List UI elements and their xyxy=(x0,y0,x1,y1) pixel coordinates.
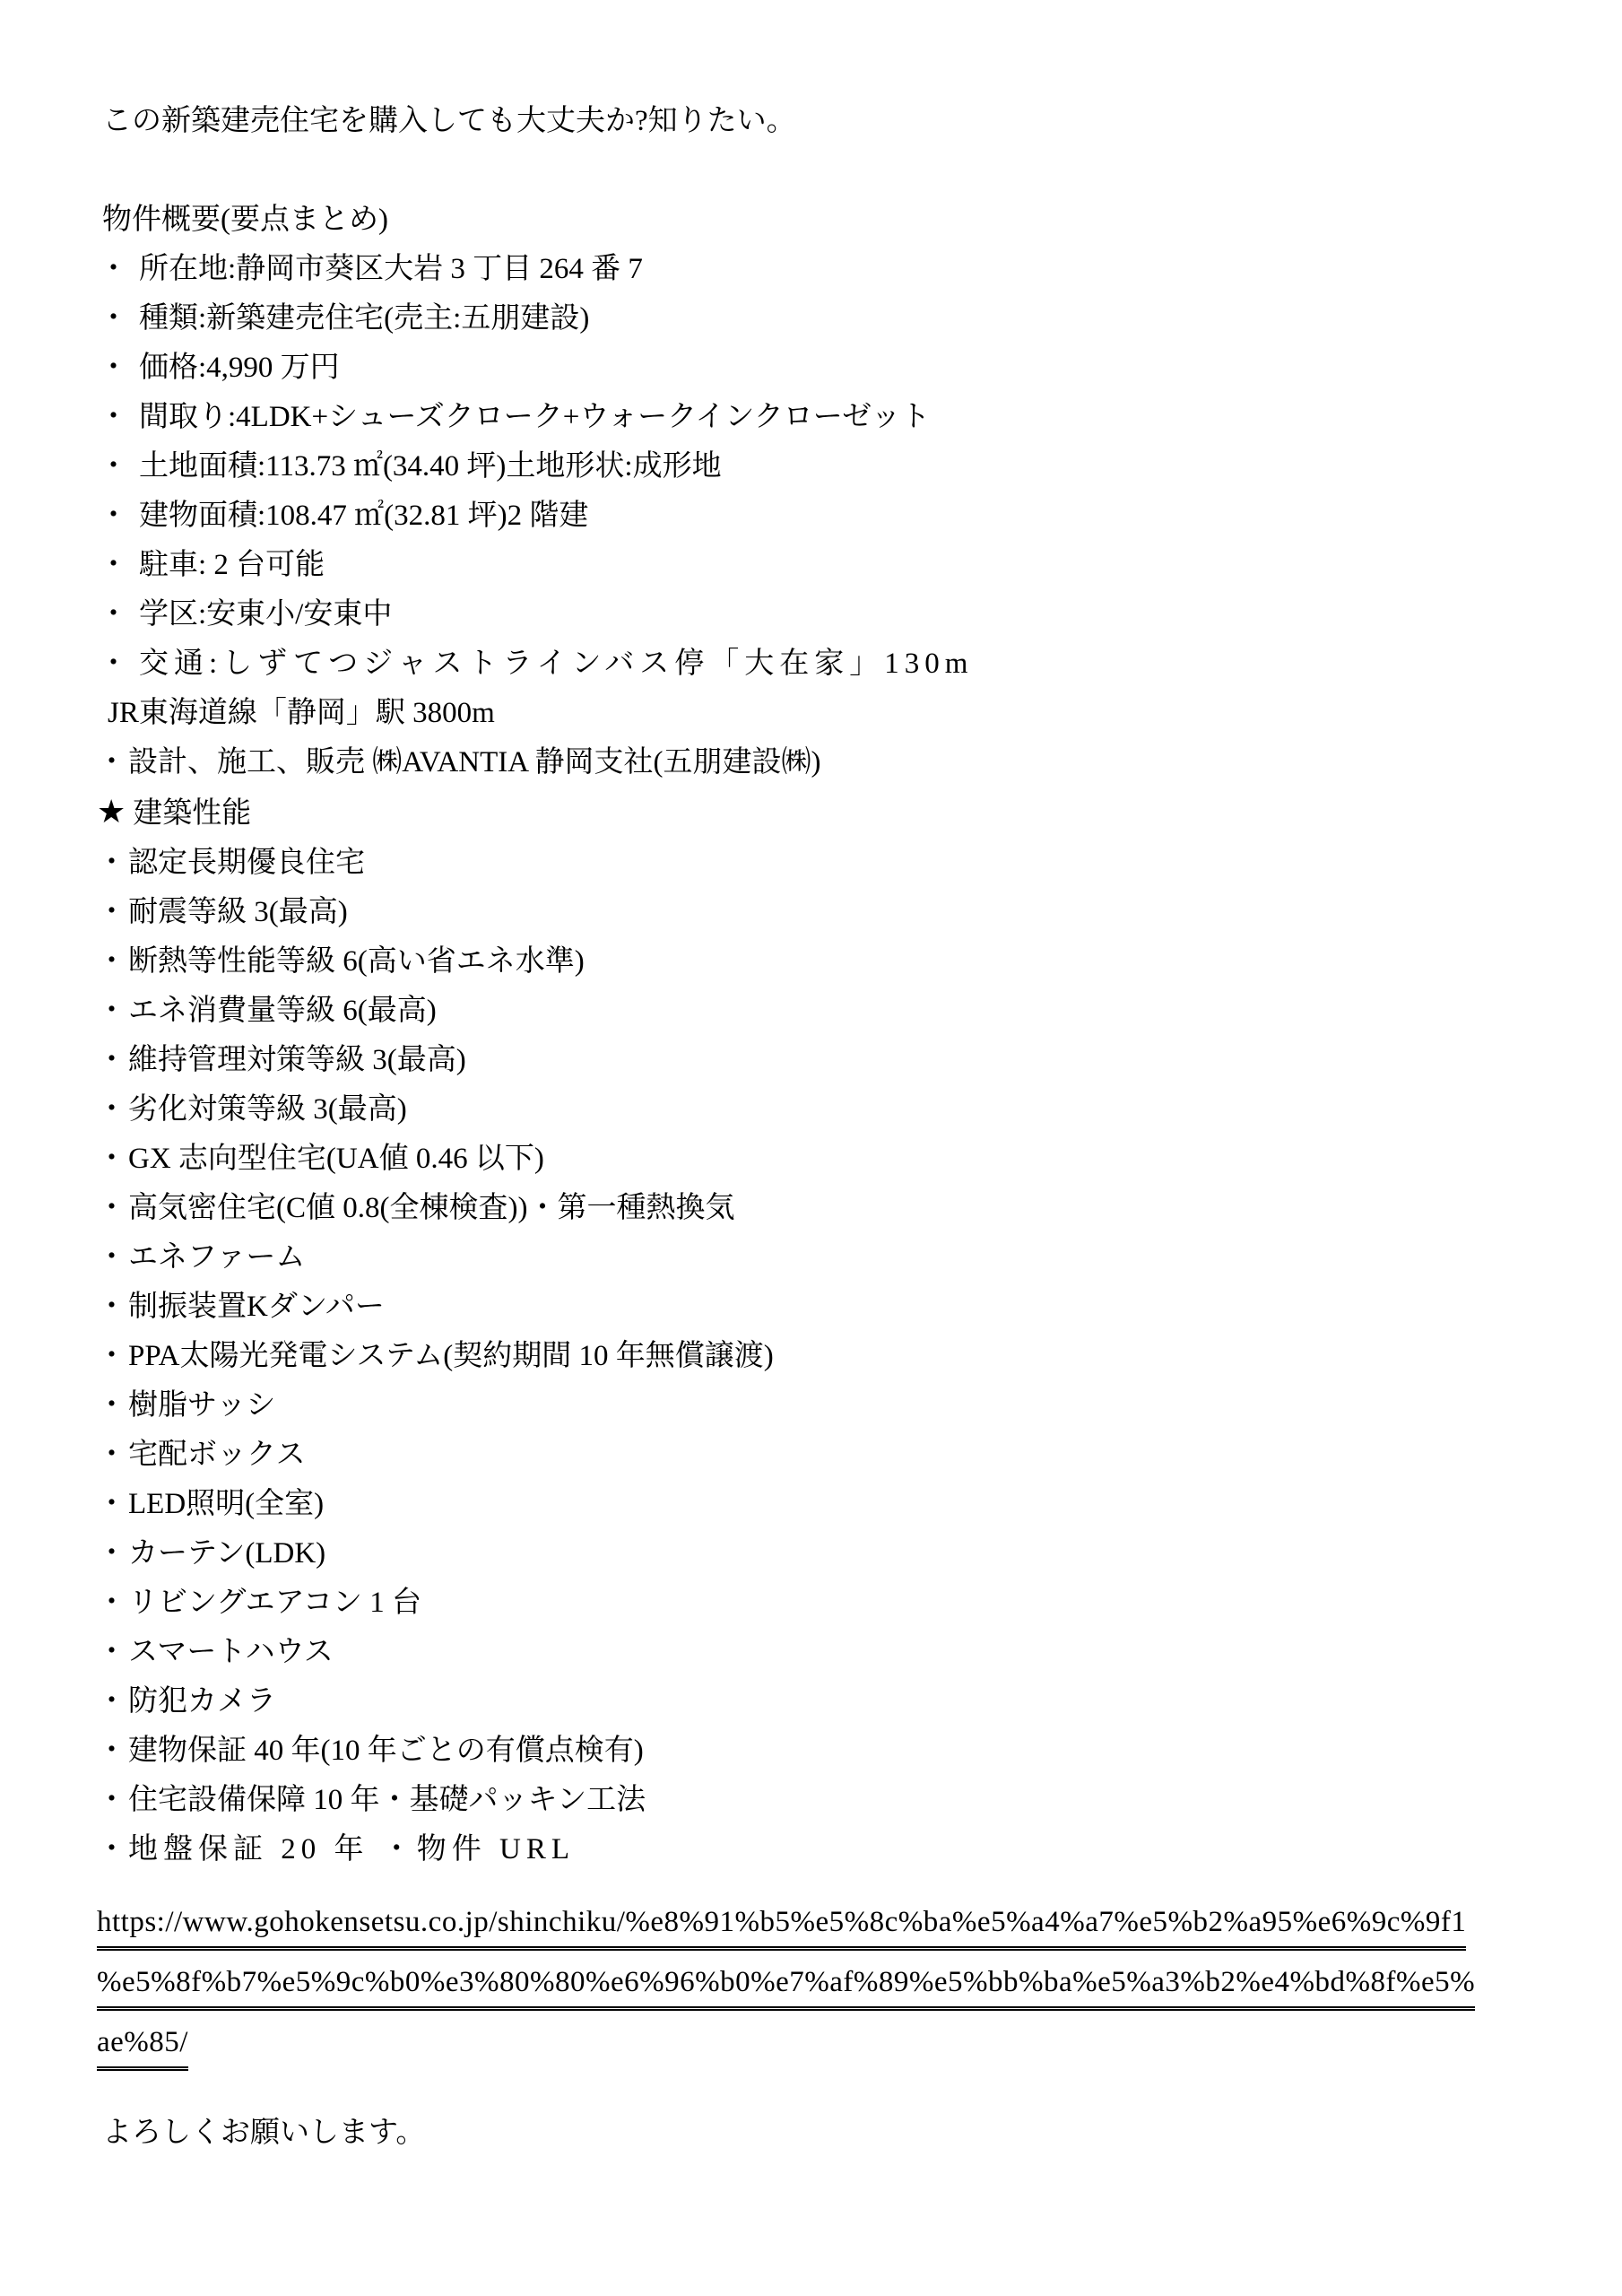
list-item: ・耐震等級 3(最高) xyxy=(97,888,1568,937)
question-line: この新築建売住宅を購入しても大丈夫か?知りたい。 xyxy=(97,97,1568,146)
bullet-marker: ・ xyxy=(97,839,126,888)
list-item: ・維持管理対策等級 3(最高) xyxy=(97,1036,1568,1085)
performance-list: ・認定長期優良住宅 ・耐震等級 3(最高) ・断熱等性能等級 6(高い省エネ水準… xyxy=(97,839,1568,1874)
bullet-marker: ・ xyxy=(99,393,128,442)
list-item-text: GX 志向型住宅(UA値 0.46 以下) xyxy=(128,1143,544,1175)
bullet-marker: ・ xyxy=(97,987,126,1036)
bullet-marker: ・ xyxy=(97,1233,126,1283)
bullet-marker: ・ xyxy=(97,1085,126,1135)
bullet-marker: ・ xyxy=(97,1825,126,1874)
bullet-marker: ・ xyxy=(99,294,128,344)
list-item: ・住宅設備保障 10 年・基礎パッキン工法 xyxy=(97,1776,1568,1825)
list-item-text: 駐車: 2 台可能 xyxy=(139,549,325,581)
star-icon: ★ xyxy=(97,794,133,830)
list-item-text: 建物面積:108.47 ㎡(32.81 坪)2 階建 xyxy=(139,500,588,532)
bullet-marker: ・ xyxy=(97,1480,126,1529)
list-item: ・LED照明(全室) xyxy=(97,1480,1568,1529)
bullet-marker: ・ xyxy=(97,1135,126,1184)
bullet-marker: ・ xyxy=(97,1036,126,1085)
list-item: ・リビングエアコン 1 台 xyxy=(97,1578,1568,1628)
bullet-marker: ・ xyxy=(97,1431,126,1480)
bullet-marker: ・ xyxy=(97,1776,126,1825)
list-item-text: 種類:新築建売住宅(売主:五朋建設) xyxy=(139,302,589,335)
list-item-text: 地盤保証 20 年 ・物件 URL xyxy=(128,1833,575,1865)
list-item-text: 学区:安東小/安東中 xyxy=(139,598,392,631)
transit-continuation-line: JR東海道線「静岡」駅 3800m xyxy=(97,689,1568,738)
bullet-marker: ・ xyxy=(97,738,126,787)
list-item: ・所在地:静岡市葵区大岩 3 丁目 264 番 7 xyxy=(97,245,1568,294)
list-item-text: 樹脂サッシ xyxy=(128,1389,275,1422)
bullet-marker: ・ xyxy=(97,1628,126,1677)
bullet-marker: ・ xyxy=(97,1726,126,1776)
list-item: ・断熱等性能等級 6(高い省エネ水準) xyxy=(97,937,1568,987)
list-item-text: 劣化対策等級 3(最高) xyxy=(128,1093,407,1126)
list-item: ・劣化対策等級 3(最高) xyxy=(97,1085,1568,1135)
list-item-text: 住宅設備保障 10 年・基礎パッキン工法 xyxy=(128,1784,646,1816)
list-item: ・PPA太陽光発電システム(契約期間 10 年無償譲渡) xyxy=(97,1332,1568,1381)
list-item: ・GX 志向型住宅(UA値 0.46 以下) xyxy=(97,1135,1568,1184)
list-item: ・スマートハウス xyxy=(97,1628,1568,1677)
closing-line: よろしくお願いします。 xyxy=(97,2109,1568,2158)
list-item: ・エネ消費量等級 6(最高) xyxy=(97,987,1568,1036)
list-item-text: LED照明(全室) xyxy=(128,1488,324,1520)
list-item: ・地盤保証 20 年 ・物件 URL xyxy=(97,1825,1568,1874)
performance-header-text: 建築性能 xyxy=(133,797,251,830)
list-item-text: 間取り:4LDK+シューズクローク+ウォークインクローゼット xyxy=(139,401,930,433)
list-item: ・学区:安東小/安東中 xyxy=(97,590,1568,639)
bullet-marker: ・ xyxy=(97,1332,126,1381)
list-item-text: 価格:4,990 万円 xyxy=(139,352,340,384)
document-page: この新築建売住宅を購入しても大丈夫か?知りたい。 物件概要(要点まとめ) ・所在… xyxy=(0,0,1622,2296)
list-item: ・駐車: 2 台可能 xyxy=(97,541,1568,590)
list-item-text: リビングエアコン 1 台 xyxy=(128,1587,421,1619)
list-item-text: エネファーム xyxy=(128,1241,305,1274)
list-item-text: カーテン(LDK) xyxy=(128,1537,325,1570)
blank-line xyxy=(97,146,1568,196)
list-item-text: 維持管理対策等級 3(最高) xyxy=(128,1044,466,1076)
bullet-marker: ・ xyxy=(99,442,128,491)
list-item-text: 認定長期優良住宅 xyxy=(128,847,365,879)
list-item: ・交通:しずてつジャストラインバス停「大在家」130m xyxy=(97,639,1568,689)
list-item-text: エネ消費量等級 6(最高) xyxy=(128,995,437,1027)
list-item: ・価格:4,990 万円 xyxy=(97,344,1568,393)
list-item: ・防犯カメラ xyxy=(97,1677,1568,1726)
list-item: ・エネファーム xyxy=(97,1233,1568,1283)
bullet-marker: ・ xyxy=(97,1184,126,1233)
list-item-text: スマートハウス xyxy=(128,1636,334,1668)
seller-line: ・設計、施工、販売 ㈱AVANTIA 静岡支社(五朋建設㈱) xyxy=(97,738,1568,787)
bullet-marker: ・ xyxy=(97,1578,126,1628)
overview-header: 物件概要(要点まとめ) xyxy=(97,196,1568,245)
list-item: ・宅配ボックス xyxy=(97,1431,1568,1480)
list-item-text: 所在地:静岡市葵区大岩 3 丁目 264 番 7 xyxy=(139,253,643,285)
seller-line-text: 設計、施工、販売 ㈱AVANTIA 静岡支社(五朋建設㈱) xyxy=(128,746,820,778)
bullet-marker: ・ xyxy=(99,639,128,689)
performance-header: ★建築性能 xyxy=(97,787,1568,839)
list-item-text: 高気密住宅(C値 0.8(全棟検査))・第一種熱換気 xyxy=(128,1192,734,1224)
list-item: ・認定長期優良住宅 xyxy=(97,839,1568,888)
bullet-marker: ・ xyxy=(97,888,126,937)
list-item-text: 土地面積:113.73 ㎡(34.40 坪)土地形状:成形地 xyxy=(139,450,722,483)
list-item: ・種類:新築建売住宅(売主:五朋建設) xyxy=(97,294,1568,344)
list-item-text: 交通:しずてつジャストラインバス停「大在家」130m xyxy=(139,648,973,680)
bullet-marker: ・ xyxy=(97,1677,126,1726)
property-url-block: https://www.gohokensetsu.co.jp/shinchiku… xyxy=(97,1900,1568,2071)
list-item-text: 耐震等級 3(最高) xyxy=(128,896,348,928)
bullet-marker: ・ xyxy=(99,590,128,639)
bullet-marker: ・ xyxy=(97,1529,126,1578)
bullet-marker: ・ xyxy=(97,1381,126,1431)
property-url-link-line-2[interactable]: %e5%8f%b7%e5%9c%b0%e3%80%80%e6%96%b0%e7%… xyxy=(97,1960,1475,2011)
bullet-marker: ・ xyxy=(99,344,128,393)
list-item: ・高気密住宅(C値 0.8(全棟検査))・第一種熱換気 xyxy=(97,1184,1568,1233)
property-url-link-line-1[interactable]: https://www.gohokensetsu.co.jp/shinchiku… xyxy=(97,1900,1466,1951)
list-item: ・建物保証 40 年(10 年ごとの有償点検有) xyxy=(97,1726,1568,1776)
bullet-marker: ・ xyxy=(97,937,126,987)
list-item-text: PPA太陽光発電システム(契約期間 10 年無償譲渡) xyxy=(128,1340,774,1372)
list-item-text: 制振装置Kダンパー xyxy=(128,1291,385,1323)
bullet-marker: ・ xyxy=(97,1283,126,1332)
list-item-text: 建物保証 40 年(10 年ごとの有償点検有) xyxy=(128,1735,644,1767)
bullet-marker: ・ xyxy=(99,541,128,590)
list-item-text: 防犯カメラ xyxy=(128,1685,276,1718)
bullet-marker: ・ xyxy=(99,491,128,541)
overview-list: ・所在地:静岡市葵区大岩 3 丁目 264 番 7 ・種類:新築建売住宅(売主:… xyxy=(97,245,1568,689)
bullet-marker: ・ xyxy=(99,245,128,294)
list-item: ・建物面積:108.47 ㎡(32.81 坪)2 階建 xyxy=(97,491,1568,541)
list-item: ・樹脂サッシ xyxy=(97,1381,1568,1431)
property-url-link-line-3[interactable]: ae%85/ xyxy=(97,2020,188,2071)
list-item-text: 宅配ボックス xyxy=(128,1439,306,1471)
list-item-text: 断熱等性能等級 6(高い省エネ水準) xyxy=(128,945,585,978)
list-item: ・土地面積:113.73 ㎡(34.40 坪)土地形状:成形地 xyxy=(97,442,1568,491)
list-item: ・間取り:4LDK+シューズクローク+ウォークインクローゼット xyxy=(97,393,1568,442)
list-item: ・カーテン(LDK) xyxy=(97,1529,1568,1578)
list-item: ・制振装置Kダンパー xyxy=(97,1283,1568,1332)
